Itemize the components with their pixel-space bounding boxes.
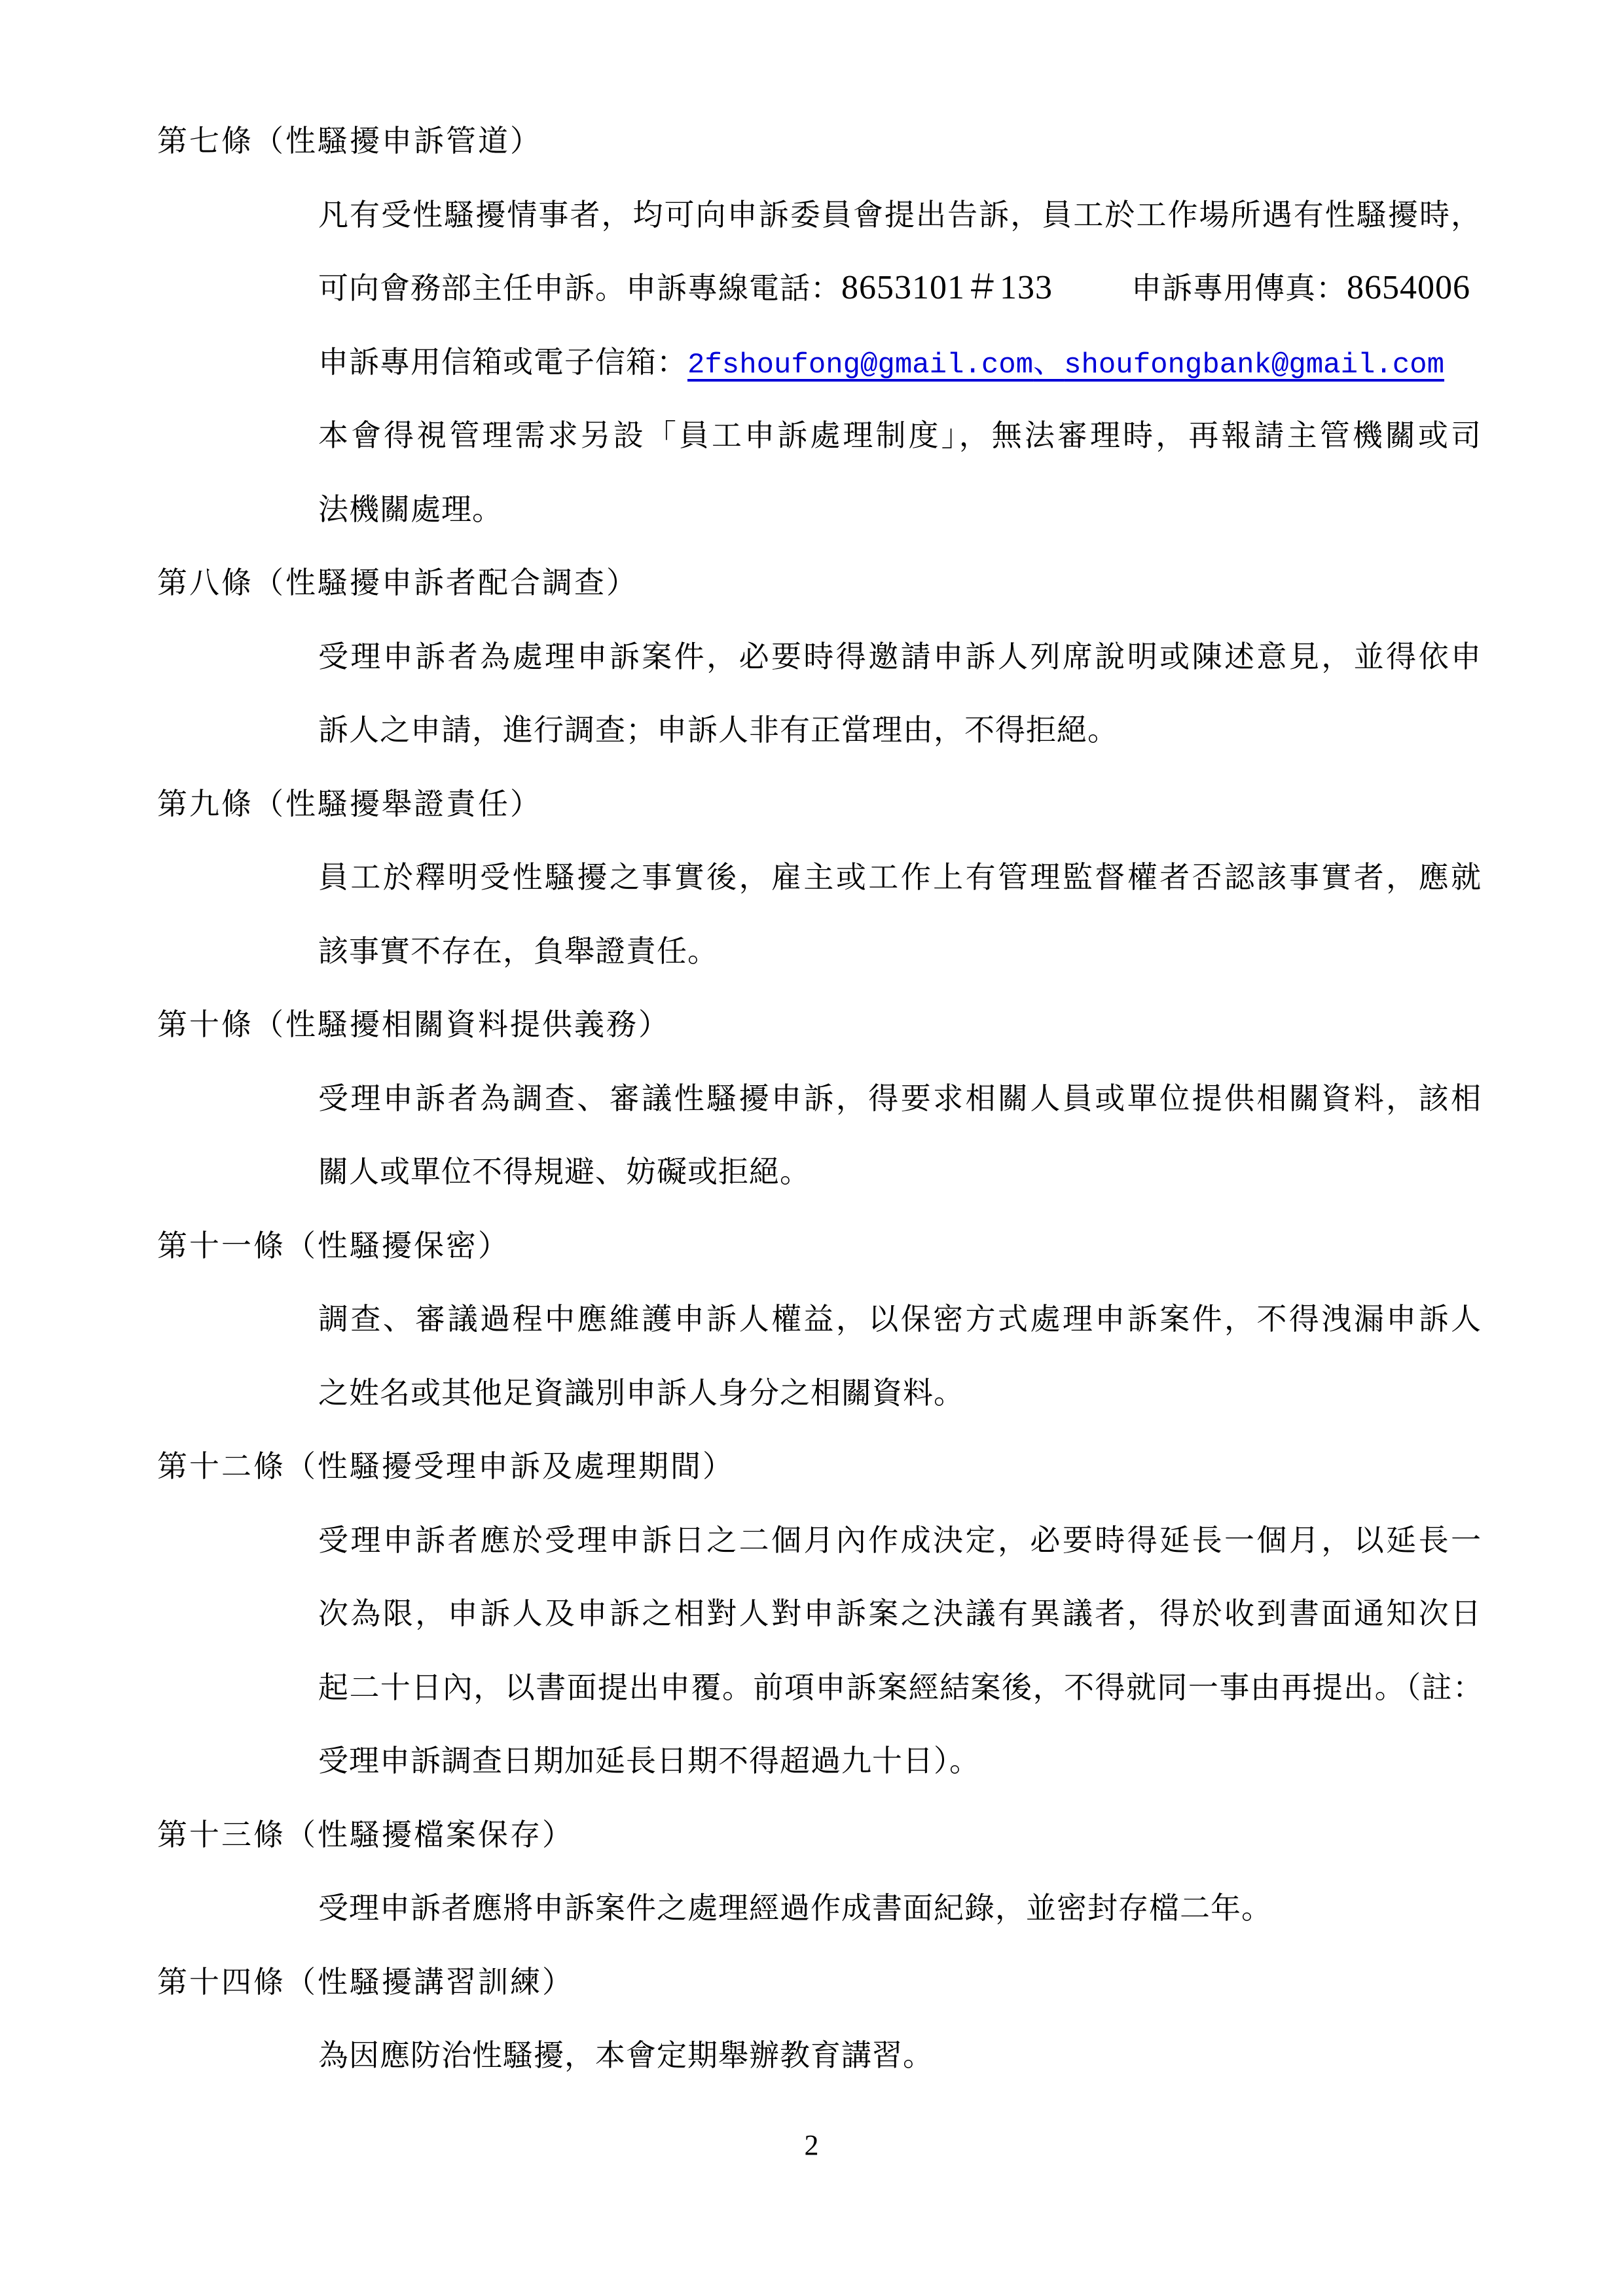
paragraph-line: 調查、審議過程中應維護申訴人權益，以保密方式處理申訴案件，不得洩漏申訴人 [318,1282,1482,1356]
article-heading: 第七條（性騷擾申訴管道） [157,104,1623,178]
article-heading: 第八條（性騷擾申訴者配合調查） [157,546,1623,620]
complaint-hotline-number: 8653101＃133 [841,269,1053,306]
complaint-hotline-label: 可向會務部主任申訴。申訴專線電話： [318,270,841,306]
paragraph-line: 凡有受性騷擾情事者，均可向申訴委員會提出告訴，員工於工作場所遇有性騷擾時， [318,178,1482,252]
document-page: 第七條（性騷擾申訴管道）凡有受性騷擾情事者，均可向申訴委員會提出告訴，員工於工作… [0,0,1623,2296]
article-heading: 第十三條（性騷擾檔案保存） [157,1798,1623,1872]
paragraph-line: 受理申訴者為處理申訴案件，必要時得邀請申訴人列席說明或陳述意見，並得依申 [318,620,1482,694]
email-label: 申訴專用信箱或電子信箱： [318,344,687,380]
paragraph-line: 為因應防治性騷擾，本會定期舉辦教育講習。 [318,2018,1482,2092]
paragraph-line: 訴人之申請，進行調查；申訴人非有正當理由，不得拒絕。 [318,693,1482,767]
paragraph-line: 法機關處理。 [318,473,1482,547]
email-link-secondary[interactable]: shoufongbank@gmail.com [1064,349,1444,382]
article-heading: 第十條（性騷擾相關資料提供義務） [157,988,1623,1062]
paragraph-line: 關人或單位不得規避、妨礙或拒絕。 [318,1135,1482,1209]
paragraph-line: 該事實不存在，負舉證責任。 [318,914,1482,988]
email-link-primary[interactable]: 2fshoufong@gmail.com [687,349,1033,382]
article-heading: 第十四條（性騷擾講習訓練） [157,1945,1623,2019]
paragraph-line: 員工於釋明受性騷擾之事實後，雇主或工作上有管理監督權者否認該事實者，應就 [318,840,1482,914]
page-number: 2 [0,2128,1623,2162]
article-heading: 第十二條（性騷擾受理申訴及處理期間） [157,1429,1623,1503]
complaint-fax-label: 申訴專用傳真： [1131,270,1347,306]
email-separator: 、 [1033,344,1064,380]
paragraph-line: 受理申訴者為調查、審議性騷擾申訴，得要求相關人員或單位提供相關資料，該相 [318,1062,1482,1136]
paragraph-line: 受理申訴調查日期加延長日期不得超過九十日）。 [318,1724,1482,1798]
phone-fax-line: 可向會務部主任申訴。申訴專線電話：8653101＃133申訴專用傳真：86540… [318,251,1482,325]
paragraph-line: 起二十日內，以書面提出申覆。前項申訴案經結案後，不得就同一事由再提出。（註： [318,1651,1482,1725]
article-heading: 第十一條（性騷擾保密） [157,1209,1623,1283]
document-body: 第七條（性騷擾申訴管道）凡有受性騷擾情事者，均可向申訴委員會提出告訴，員工於工作… [0,104,1623,2092]
paragraph-line: 受理申訴者應將申訴案件之處理經過作成書面紀錄，並密封存檔二年。 [318,1871,1482,1945]
paragraph-line: 次為限，申訴人及申訴之相對人對申訴案之決議有異議者，得於收到書面通知次日 [318,1577,1482,1651]
paragraph-line: 之姓名或其他足資識別申訴人身分之相關資料。 [318,1356,1482,1430]
complaint-fax-number: 8654006 [1347,269,1470,306]
paragraph-line: 本會得視管理需求另設「員工申訴處理制度」，無法審理時，再報請主管機關或司 [318,399,1482,473]
paragraph-line: 受理申訴者應於受理申訴日之二個月內作成決定，必要時得延長一個月，以延長一 [318,1503,1482,1577]
article-heading: 第九條（性騷擾舉證責任） [157,767,1623,841]
email-line: 申訴專用信箱或電子信箱：2fshoufong@gmail.com、shoufon… [318,325,1482,399]
